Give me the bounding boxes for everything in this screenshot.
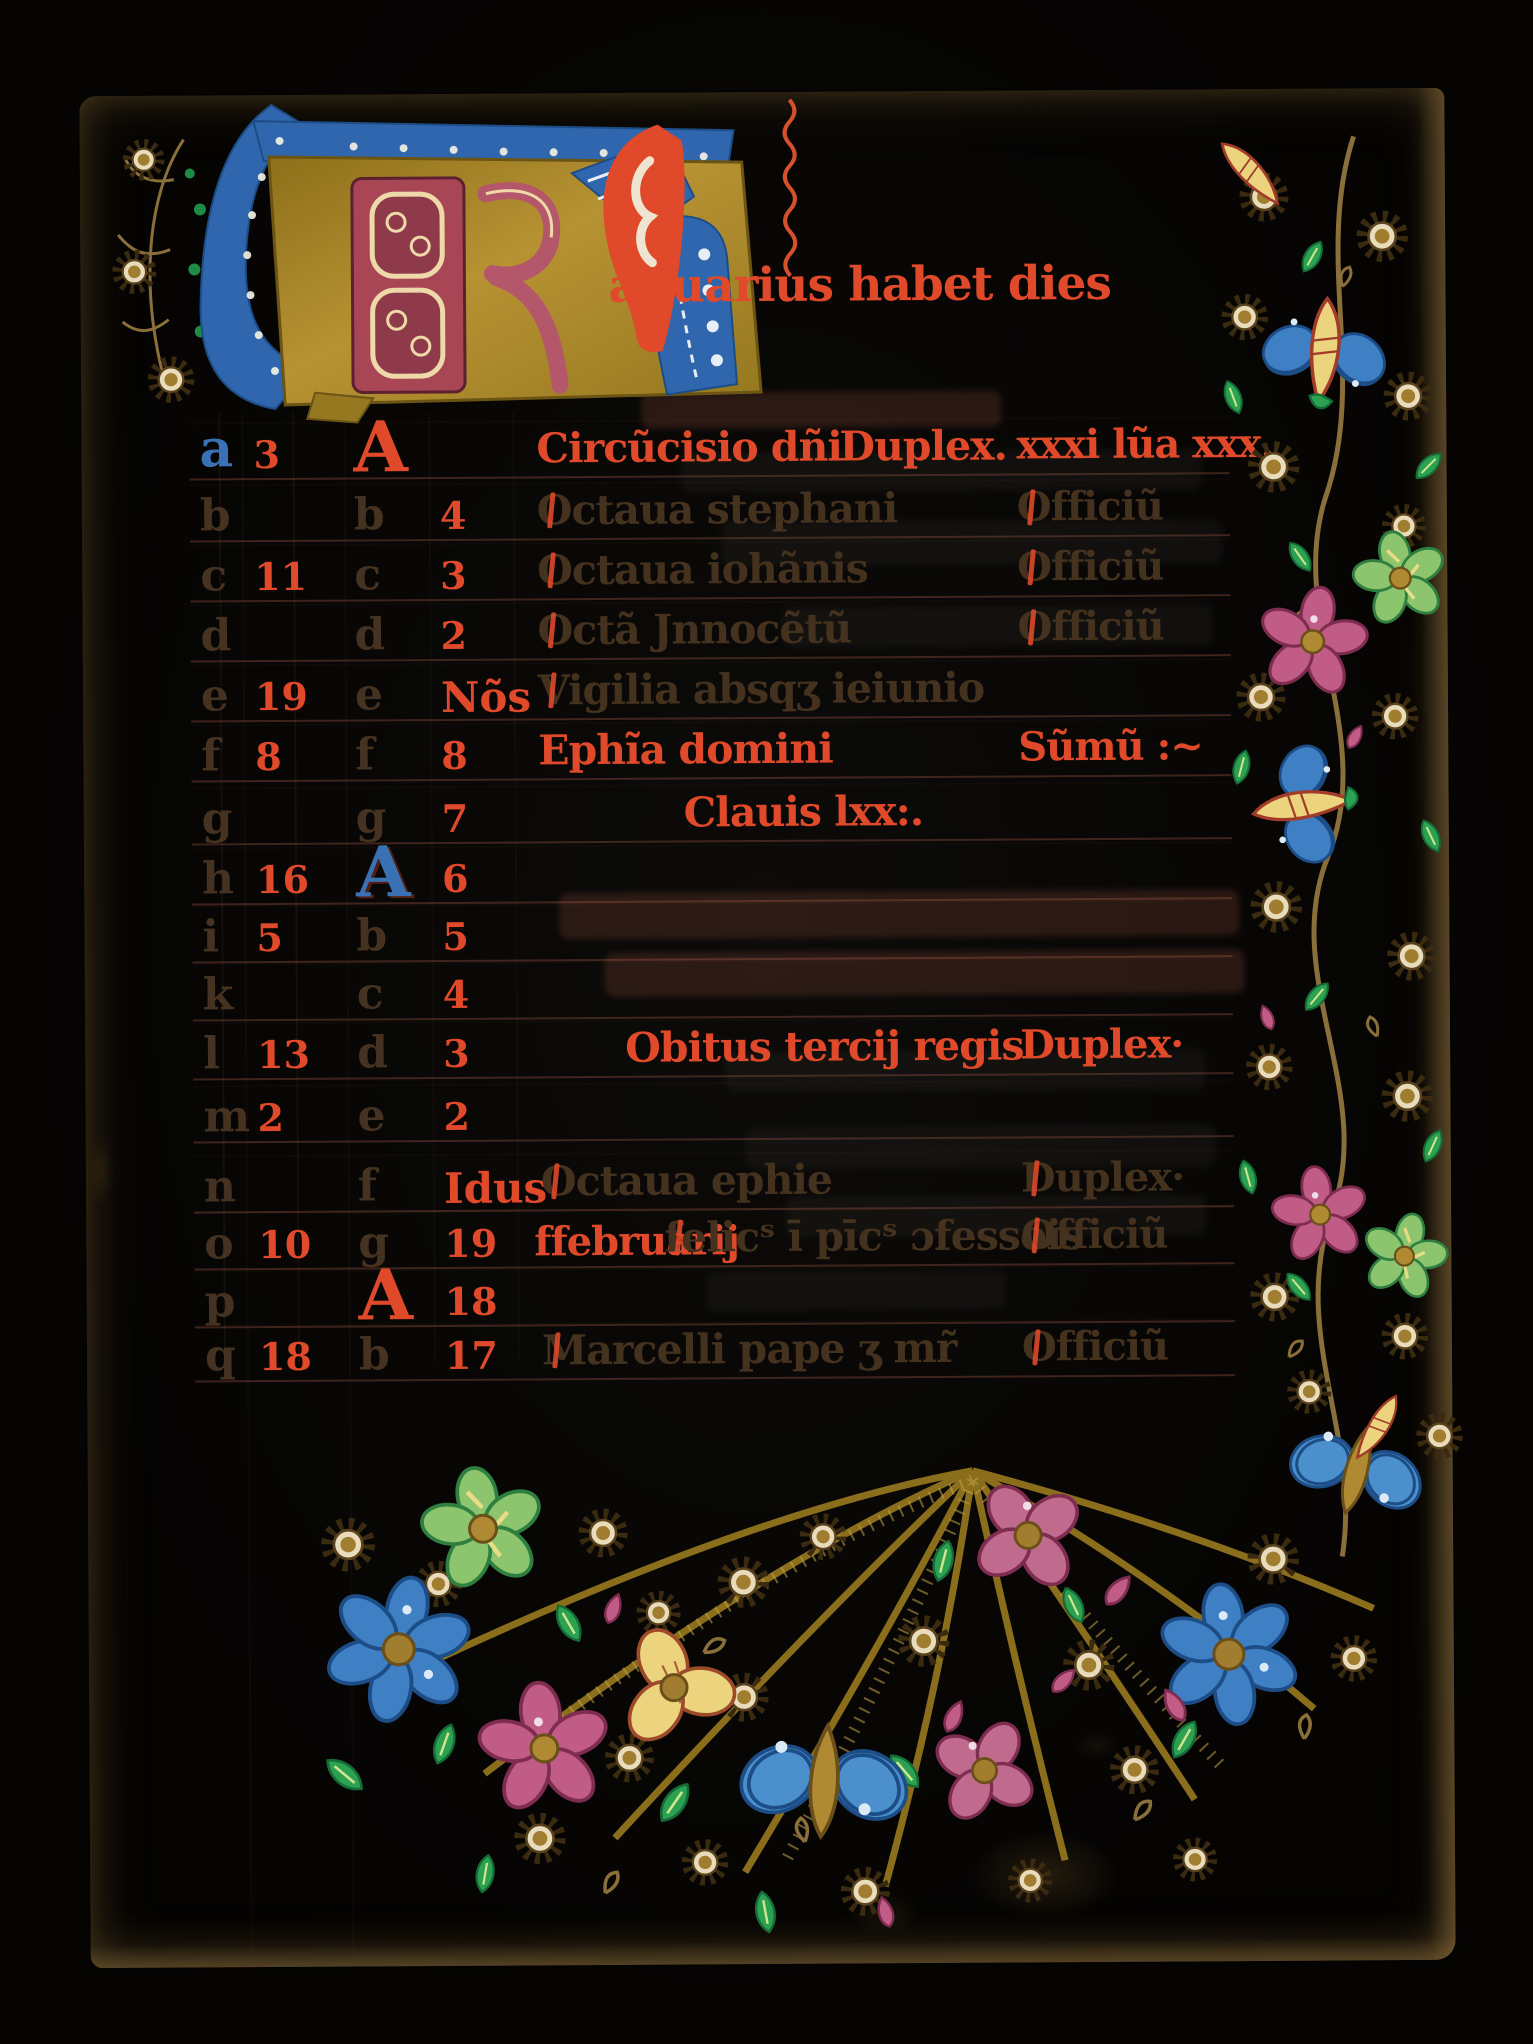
feast-text: Octaua stephani	[537, 484, 898, 534]
golden-number: 19	[255, 674, 308, 719]
month-heading: anuarius habet dies	[608, 256, 1111, 314]
feast-text: Vigilia absqʒ ieiunio	[538, 664, 985, 715]
roman-day: 6	[442, 856, 469, 901]
series-letter: g	[202, 793, 232, 844]
golden-number: 8	[255, 734, 282, 779]
roman-day: 4	[443, 972, 470, 1017]
series-letter: b	[200, 490, 230, 541]
dominical-letter: d	[354, 609, 385, 660]
calendar-rows: a 3 A Circũcisio dñi Duplex. xxxi lũa xx…	[79, 88, 1444, 96]
dominical-letter: d	[357, 1027, 388, 1078]
red-pen-flourish	[775, 100, 806, 280]
dominical-letter: b	[359, 1329, 390, 1380]
show-through-text	[79, 88, 1444, 96]
feast-text: Ephĩa domini	[538, 725, 833, 775]
manuscript-page: anuarius habet dies a 3 A Circũcisio dñi…	[79, 88, 1455, 1968]
series-letter: k	[203, 969, 233, 1020]
grade-column: Officiũ	[1017, 483, 1163, 531]
dominical-letter: c	[354, 549, 381, 600]
series-letter: a	[199, 418, 232, 479]
dominical-letter: A	[358, 1253, 411, 1336]
feast-text: Circũcisio dñi	[536, 423, 842, 473]
initial-j	[591, 122, 707, 358]
floral-border-bottom	[183, 1438, 1461, 1946]
series-letter: f	[201, 730, 219, 781]
golden-number: 2	[257, 1095, 284, 1140]
dominical-letter: f	[355, 729, 374, 780]
golden-number: 10	[258, 1222, 311, 1267]
series-letter: o	[204, 1218, 233, 1269]
series-letter: d	[200, 610, 230, 661]
series-letter: p	[205, 1276, 235, 1327]
golden-number: 11	[254, 554, 307, 599]
ruling-lines	[79, 88, 1444, 96]
grade-column: Duplex·	[1021, 1153, 1184, 1201]
roman-day: Nõs	[441, 672, 531, 722]
roman-day: 8	[441, 733, 468, 778]
feast-text: Clauis lxx:.	[684, 787, 924, 836]
roman-day: 19	[444, 1221, 497, 1266]
feast-text: Octaua iohãnis	[537, 544, 868, 594]
series-letter: m	[203, 1091, 249, 1142]
photo-backdrop: anuarius habet dies a 3 A Circũcisio dñi…	[0, 0, 1533, 2044]
series-letter: e	[201, 670, 228, 721]
series-letter: h	[202, 853, 233, 904]
feast-text: Obitus tercij regis	[625, 1021, 1024, 1071]
dominical-letter: e	[355, 669, 383, 720]
roman-day: 7	[442, 796, 469, 841]
grade-inline: Duplex.	[839, 422, 1007, 471]
dominical-letter: c	[357, 968, 384, 1019]
golden-number: 13	[257, 1032, 310, 1077]
roman-day: 17	[445, 1333, 498, 1378]
series-letter: l	[203, 1028, 219, 1079]
roman-day: 2	[440, 613, 467, 658]
golden-number: 18	[259, 1334, 312, 1379]
dominical-letter: e	[357, 1090, 385, 1141]
dominical-letter: f	[358, 1160, 377, 1211]
roman-day: 2	[443, 1094, 470, 1139]
parchment-stains	[79, 88, 1444, 96]
roman-day: 18	[445, 1279, 498, 1324]
golden-number: 16	[256, 857, 309, 902]
feast-text: Marcelli pape ʒ mr̃	[542, 1324, 957, 1375]
grade-column: Officiũ	[1017, 543, 1163, 591]
floral-border-right	[1202, 136, 1461, 1568]
series-letter: c	[200, 550, 226, 601]
golden-number: 3	[253, 432, 280, 477]
roman-day: Idus	[444, 1163, 548, 1213]
grade-column: Officiũ	[1021, 1211, 1167, 1259]
dominical-letter: A	[353, 405, 406, 488]
dominical-letter: b	[356, 910, 387, 961]
grade-column: Sũmũ :~	[1018, 722, 1203, 770]
roman-day: 3	[443, 1031, 470, 1076]
series-letter: q	[205, 1330, 235, 1381]
feast-text: Octã Jnnocẽtũ	[537, 604, 851, 654]
series-letter: i	[202, 911, 218, 962]
dominical-letter: A	[356, 830, 409, 913]
series-letter: n	[204, 1161, 235, 1212]
grade-column: Officiũ	[1022, 1323, 1168, 1371]
grade-column: Officiũ	[1017, 603, 1163, 651]
roman-day: 3	[440, 553, 467, 598]
feast-text: Octaua ephie	[541, 1156, 832, 1206]
roman-day: 4	[440, 493, 467, 538]
golden-number: 5	[256, 915, 283, 960]
grade-column: Duplex·	[1020, 1020, 1183, 1068]
roman-day: 5	[442, 914, 469, 959]
dominical-letter: b	[354, 489, 385, 540]
